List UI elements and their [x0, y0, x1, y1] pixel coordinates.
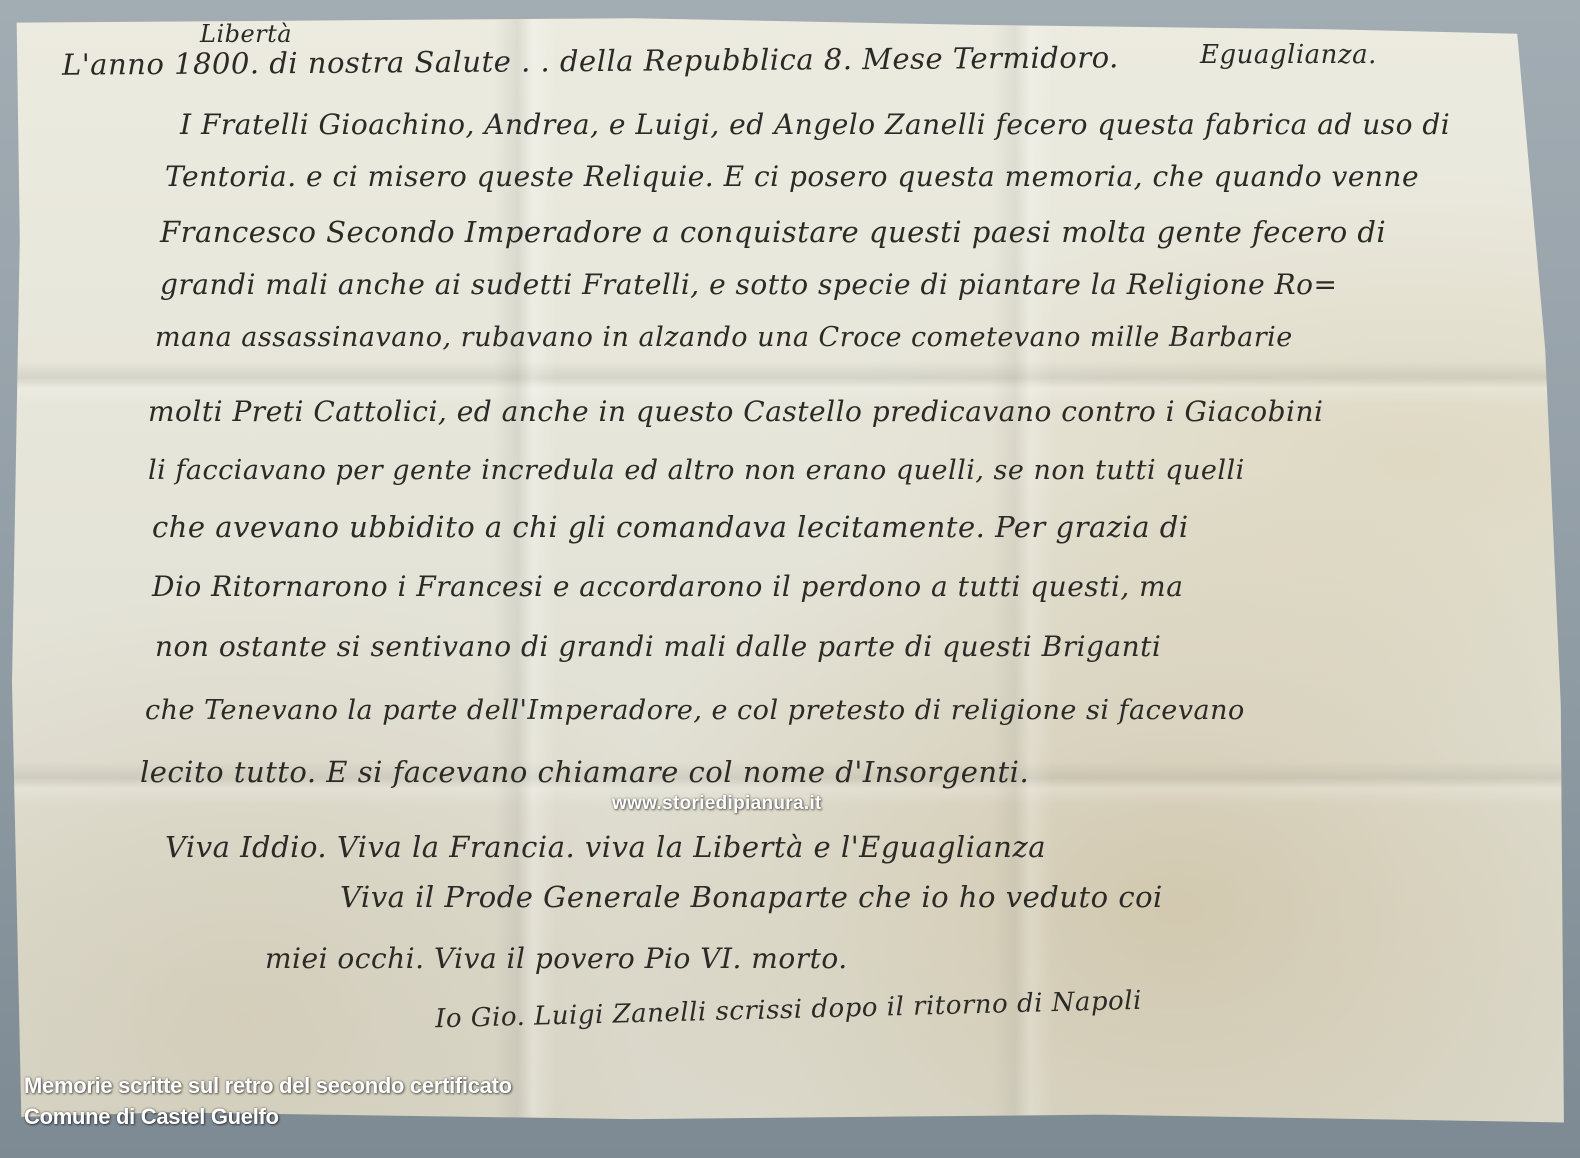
body-line: Tentoria. e ci misero queste Reliquie. E… [165, 160, 1419, 193]
body-line: mana assassinavano, rubavano in alzando … [155, 322, 1293, 353]
body-line: Francesco Secondo Imperadore a conquista… [160, 215, 1386, 249]
body-line: Dio Ritornarono i Francesi e accordarono… [152, 570, 1183, 603]
caption-location: Comune di Castel Guelfo [24, 1104, 279, 1130]
body-line: molti Preti Cattolici, ed anche in quest… [148, 395, 1323, 428]
body-line: che Tenevano la parte dell'Imperadore, e… [145, 695, 1245, 726]
body-line: li facciavano per gente incredula ed alt… [148, 455, 1245, 486]
closing-line: Viva Iddio. Viva la Francia. viva la Lib… [165, 830, 1046, 864]
body-line: lecito tutto. E si facevano chiamare col… [140, 755, 1029, 789]
header-annotation-liberta: Libertà [200, 20, 292, 48]
body-line: grandi mali anche ai sudetti Fratelli, e… [160, 268, 1337, 301]
caption-title: Memorie scritte sul retro del secondo ce… [24, 1073, 512, 1099]
body-line: non ostante si sentivano di grandi mali … [155, 630, 1161, 663]
body-line: I Fratelli Gioachino, Andrea, e Luigi, e… [180, 108, 1450, 141]
body-line: che avevano ubbidito a chi gli comandava… [152, 510, 1189, 544]
website-watermark: www.storiedipianura.it [612, 793, 822, 815]
header-annotation-eguaglianza: Eguaglianza. [1200, 40, 1377, 70]
closing-line: Viva il Prode Generale Bonaparte che io … [340, 880, 1163, 914]
closing-line: miei occhi. Viva il povero Pio VI. morto… [265, 942, 848, 975]
